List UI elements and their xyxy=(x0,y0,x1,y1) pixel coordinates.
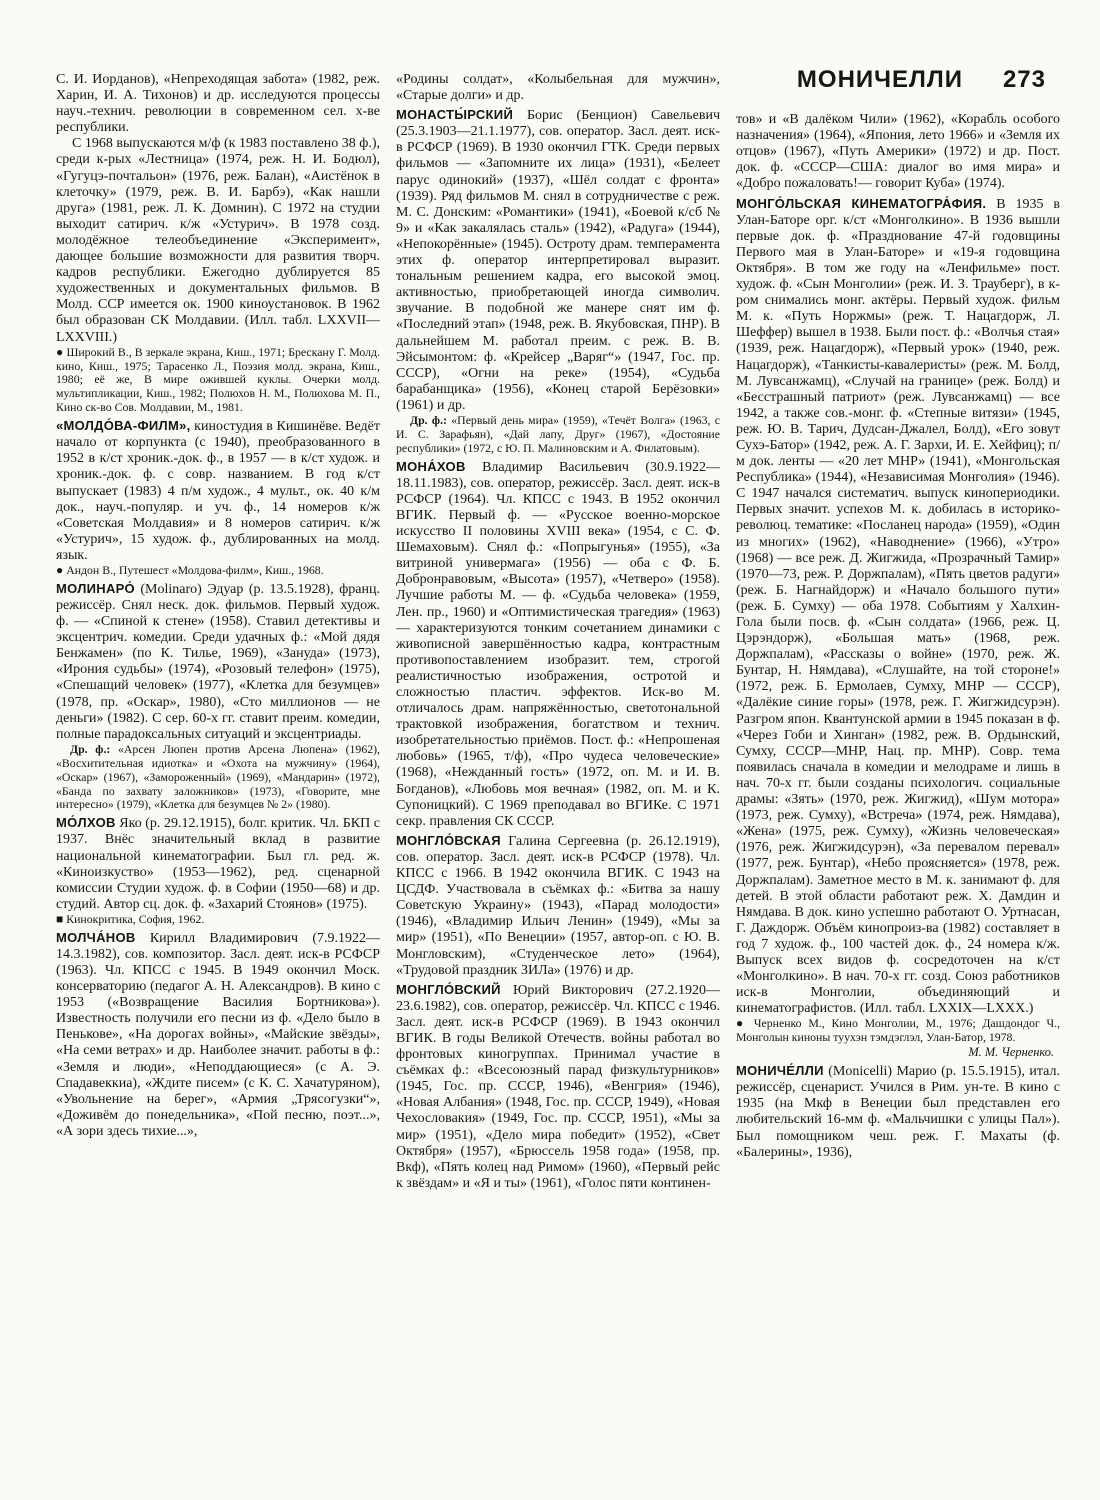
circle-bullet-icon: ● xyxy=(56,345,63,359)
paragraph-text: С 1968 выпускаются м/ф (к 1983 поставлен… xyxy=(56,136,380,344)
entry-headword: МОНА́ХОВ xyxy=(396,459,466,474)
bibliography-paragraph: ■ Кинокритика, София, 1962. xyxy=(56,913,380,927)
entry-headword: МОНГО́ЛЬСКАЯ КИНЕМАТОГРА́ФИЯ. xyxy=(736,196,986,211)
circle-bullet-icon: ● xyxy=(736,1016,747,1030)
paragraph-text: М. М. Черненко. xyxy=(968,1045,1054,1059)
entry-paragraph: МОНГЛО́ВСКИЙ Юрий Викторович (27.2.1920—… xyxy=(396,982,720,1192)
entry-paragraph: МОЛЧА́НОВ Кирилл Владимирович (7.9.1922—… xyxy=(56,930,380,1140)
columns-container: С. И. Иорданов), «Непреходящая забота» (… xyxy=(56,72,1060,1192)
encyclopedia-page: С. И. Иорданов), «Непреходящая забота» (… xyxy=(0,0,1100,1500)
author-signature: М. М. Черненко. xyxy=(736,1045,1060,1060)
filmography-paragraph: Др. ф.: «Первый день мира» (1959), «Течё… xyxy=(396,414,720,456)
paragraph-text: (Molinaro) Эдуар (р. 13.5.1928), франц. … xyxy=(56,582,380,742)
paragraph-text: Борис (Бенцион) Савельевич (25.3.1903—21… xyxy=(396,108,720,413)
paragraph-text: Кинокритика, София, 1962. xyxy=(66,912,204,926)
running-head-title: МОНИЧЕЛЛИ xyxy=(797,72,963,88)
circle-bullet-icon: ● xyxy=(56,563,63,577)
paragraph-text: Владимир Васильевич (30.9.1922—18.11.198… xyxy=(396,460,720,829)
entry-headword: МОНГЛО́ВСКИЙ xyxy=(396,982,501,997)
entry-paragraph: МОНГО́ЛЬСКАЯ КИНЕМАТОГРА́ФИЯ. В 1935 в У… xyxy=(736,196,1060,1018)
entry-headword: МОНАСТЫ́РСКИЙ xyxy=(396,107,513,122)
paragraph-text: В 1935 в Улан-Баторе орг. к/ст «Монголки… xyxy=(736,197,1060,1017)
bibliography-paragraph: ● Андон В., Путешест «Молдова-филм», Киш… xyxy=(56,564,380,578)
filmography-lead: Др. ф.: xyxy=(410,413,447,427)
paragraph-text: Широкий В., В зеркале экрана, Киш., 1971… xyxy=(56,345,380,415)
entry-headword: МОЛЧА́НОВ xyxy=(56,930,136,945)
paragraph-continuation: «Родины солдат», «Колыбельная для мужчин… xyxy=(396,72,720,104)
bibliography-paragraph: ● Широкий В., В зеркале экрана, Киш., 19… xyxy=(56,346,380,416)
paragraph-text: тов» и «В далёком Чили» (1962), «Корабль… xyxy=(736,112,1060,191)
column-1: С. И. Иорданов), «Непреходящая забота» (… xyxy=(56,72,380,1192)
filmography-paragraph: Др. ф.: «Арсен Люпен против Арсена Люпен… xyxy=(56,743,380,813)
entry-paragraph: МОНАСТЫ́РСКИЙ Борис (Бенцион) Савельевич… xyxy=(396,107,720,414)
bibliography-paragraph: ● Черненко М., Кино Монголии, М., 1976; … xyxy=(736,1017,1060,1045)
entry-paragraph: МОНА́ХОВ Владимир Васильевич (30.9.1922—… xyxy=(396,459,720,830)
entry-headword: МОЛИНАРО́ xyxy=(56,581,135,596)
column-3: МОНИЧЕЛЛИ 273 тов» и «В далёком Чили» (1… xyxy=(736,72,1060,1192)
filmography-lead: Др. ф.: xyxy=(70,742,110,756)
square-bullet-icon: ■ xyxy=(56,912,63,926)
paragraph: С 1968 выпускаются м/ф (к 1983 поставлен… xyxy=(56,136,380,345)
entry-paragraph: МОНИЧЕ́ЛЛИ (Monicelli) Марио (р. 15.5.19… xyxy=(736,1063,1060,1161)
column-2: «Родины солдат», «Колыбельная для мужчин… xyxy=(396,72,720,1192)
entry-headword: МО́ЛХОВ xyxy=(56,815,116,830)
paragraph-text: «Родины солдат», «Колыбельная для мужчин… xyxy=(396,72,720,103)
paragraph-continuation: С. И. Иорданов), «Непреходящая забота» (… xyxy=(56,72,380,136)
entry-paragraph: МОЛИНАРО́ (Molinaro) Эдуар (р. 13.5.1928… xyxy=(56,581,380,743)
entry-headword: МОНГЛО́ВСКАЯ xyxy=(396,833,501,848)
running-head: МОНИЧЕЛЛИ 273 xyxy=(736,72,1060,88)
paragraph-text: Черненко М., Кино Монголии, М., 1976; Да… xyxy=(736,1016,1060,1044)
paragraph-text: (Monicelli) Марио (р. 15.5.1915), итал. … xyxy=(736,1064,1060,1159)
paragraph-text: Кирилл Владимирович (7.9.1922—14.3.1982)… xyxy=(56,931,380,1139)
paragraph-text: С. И. Иорданов), «Непреходящая забота» (… xyxy=(56,72,380,135)
page-number: 273 xyxy=(1003,72,1046,88)
entry-paragraph: МОНГЛО́ВСКАЯ Галина Сергеевна (р. 26.12.… xyxy=(396,833,720,979)
paragraph-text: Юрий Викторович (27.2.1920—23.6.1982), с… xyxy=(396,983,720,1191)
paragraph-text: Галина Сергеевна (р. 26.12.1919), сов. о… xyxy=(396,834,720,978)
paragraph-text: Яко (р. 29.12.1915), болг. критик. Чл. Б… xyxy=(56,816,380,911)
entry-paragraph: «МОЛДО́ВА-ФИЛМ», киностудия в Кишинёве. … xyxy=(56,418,380,564)
paragraph-text: киностудия в Кишинёве. Ведёт начало от к… xyxy=(56,419,380,563)
entry-headword: «МОЛДО́ВА-ФИЛМ», xyxy=(56,418,191,433)
entry-paragraph: МО́ЛХОВ Яко (р. 29.12.1915), болг. крити… xyxy=(56,815,380,913)
paragraph-continuation: тов» и «В далёком Чили» (1962), «Корабль… xyxy=(736,112,1060,192)
paragraph-text: Андон В., Путешест «Молдова-филм», Киш.,… xyxy=(66,563,323,577)
entry-headword: МОНИЧЕ́ЛЛИ xyxy=(736,1063,824,1078)
